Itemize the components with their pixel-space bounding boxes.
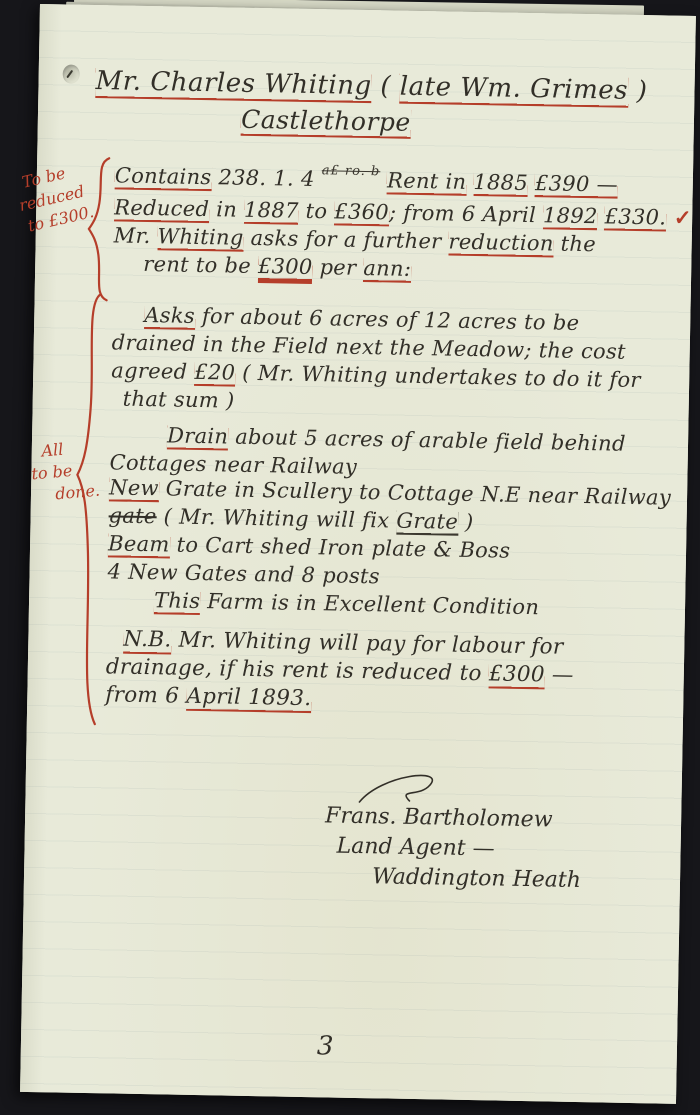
manuscript-text: to Cart shed Iron plate & Boss: [169, 532, 510, 562]
manuscript-text: £20: [194, 360, 235, 385]
manuscript-text: Reduced: [114, 195, 209, 221]
signature-role: Land Agent —: [336, 832, 581, 866]
manuscript-text: £360: [334, 199, 389, 224]
manuscript-text: Beam: [108, 531, 170, 556]
manuscript-text: to: [298, 199, 334, 224]
manuscript-text: April 1893.: [186, 684, 311, 711]
photo-scene: To be reduced to £300. All to be done. M…: [0, 0, 700, 1115]
red-brace-top: [85, 155, 114, 303]
manuscript-text: £300: [489, 661, 545, 687]
manuscript-text: Rent in: [387, 168, 467, 193]
margin-note-reduce: To be reduced to £300.: [20, 158, 96, 236]
manuscript-text: Mr.: [114, 223, 158, 248]
manuscript-text: N.B.: [123, 627, 172, 653]
manuscript-text: agreed: [111, 358, 195, 384]
paragraph-new-grate: New Grate in Scullery to Cottage N.E nea…: [108, 473, 674, 539]
signature-name: Frans. Bartholomew: [325, 801, 582, 836]
manuscript-text: per: [312, 255, 363, 280]
manuscript-text: This: [154, 588, 201, 613]
page-number: 3: [317, 1031, 334, 1061]
manuscript-line: Mr. Charles Whiting ( late Wm. Grimes ): [78, 67, 664, 106]
document-subtitle: Castlethorpe: [78, 103, 574, 140]
manuscript-text: £300: [258, 254, 313, 279]
manuscript-text: New: [109, 475, 159, 500]
manuscript-text: Whiting: [157, 224, 243, 250]
manuscript-text: ): [458, 510, 474, 534]
document-title: Mr. Charles Whiting ( late Wm. Grimes ): [78, 67, 664, 106]
manuscript-text: in: [209, 197, 244, 222]
red-brace-main: [69, 291, 107, 727]
manuscript-text: late Wm. Grimes: [400, 72, 629, 106]
manuscript-text: 1885: [473, 170, 528, 195]
manuscript-text: Castlethorpe: [241, 105, 411, 137]
manuscript-text: £390 —: [535, 171, 618, 197]
manuscript-text: ( Mr. Whiting will fix: [156, 504, 396, 532]
paragraph-rent-history: Contains 238. 1. 4 a£ ro. b Rent in 1885…: [113, 161, 680, 287]
paragraph-nota-bene: N.B. Mr. Whiting will pay for labour for…: [105, 625, 671, 719]
manuscript-text: from 6: [105, 682, 186, 708]
manuscript-text: asks for a further: [243, 226, 448, 254]
manuscript-text: ann:: [363, 256, 411, 281]
manuscript-text: 4 New Gates and 8 posts: [107, 559, 380, 588]
manuscript-text: Drain: [167, 423, 229, 448]
manuscript-text: Contains: [115, 163, 212, 189]
manuscript-text: (: [371, 71, 400, 102]
manuscript-text: gate: [108, 503, 156, 528]
margin-note-all-done: All to be done.: [29, 436, 101, 508]
manuscript-text: £330.: [604, 204, 666, 229]
superscript-correction: a£ ro. b: [322, 157, 381, 186]
signature-place: Waddington Heath: [372, 862, 581, 896]
manuscript-text: 238. 1. 4: [211, 165, 322, 191]
manuscript-text: —: [545, 662, 574, 688]
signature-block: Frans. Bartholomew Land Agent — Waddingt…: [324, 801, 582, 896]
paragraph-drainage-meadow: Asks for about 6 acres of 12 acres to be…: [111, 300, 678, 422]
manuscript-text: ): [628, 76, 648, 106]
manuscript-text: rent to be: [143, 252, 258, 278]
manuscript-text: [466, 170, 473, 194]
pen-flourish: [353, 770, 484, 806]
manuscript-text: 1887: [244, 198, 299, 223]
paragraph-repairs: Beam to Cart shed Iron plate & Boss4 New…: [107, 529, 673, 623]
pin-hole: [63, 64, 80, 83]
red-checkmark-icon: ✓: [666, 205, 692, 230]
manuscript-text: reduction: [448, 230, 554, 256]
manuscript-text: that sum ): [123, 387, 235, 413]
manuscript-line: Castlethorpe: [78, 103, 574, 140]
manuscript-text: ( Mr. Whiting undertakes to do it for: [235, 361, 641, 392]
manuscript-text: Grate: [396, 509, 458, 534]
manuscript-text: Mr. Charles Whiting: [95, 66, 372, 101]
margin-note-line: done.: [54, 480, 100, 506]
manuscript-text: the: [553, 231, 596, 256]
document-page: To be reduced to £300. All to be done. M…: [20, 4, 696, 1104]
manuscript-text: 1892: [543, 203, 598, 228]
manuscript-text: Asks: [144, 303, 195, 328]
manuscript-text: ; from 6 April: [389, 200, 544, 227]
manuscript-text: Farm is in Excellent Condition: [200, 589, 539, 619]
